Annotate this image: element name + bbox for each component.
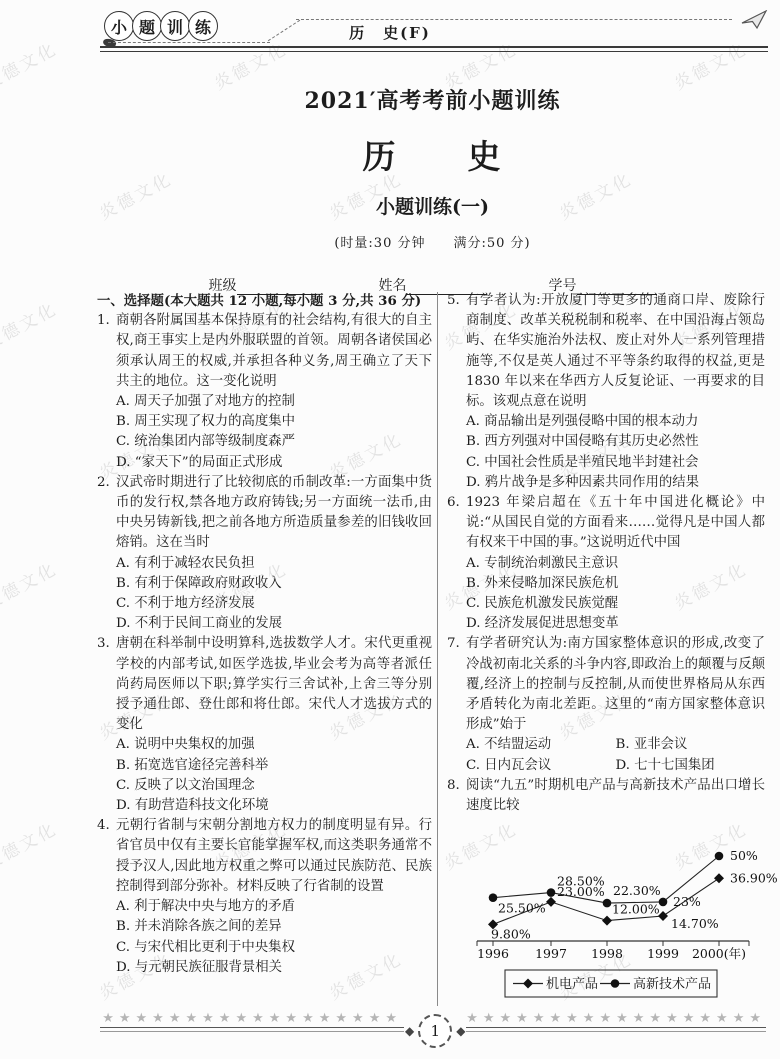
circle-marker [489,894,498,903]
column-divider [437,292,438,1006]
diamond-marker [714,874,724,884]
export-growth-line-chart: 19961997199819992000(年)9.80%23.00%12.00%… [447,820,765,1010]
question-number: 6. [447,493,460,513]
question-number: 1. [97,311,110,331]
option: A. 利于解决中央与地方的矛盾 [97,897,432,917]
data-label: 12.00% [612,902,660,917]
question-text: 有学者研究认为:南方国家整体意识的形成,改变了冷战初南北关系的斗争内容,即政治上… [466,636,765,732]
exam-title: 2021′高考考前小题训练 [100,84,765,115]
subject-title: 历 史 [100,131,765,178]
right-column: 5.有学者认为:开放厦门等更多的通商口岸、废除行商制度、改革关税税制和税率、在中… [447,291,765,1017]
option: A. 商品输出是列强侵略中国的根本动力 [447,412,765,432]
question-text: 1923 年梁启超在《五十年中国进化概论》中说:“从国民自觉的方面看来……觉得凡… [466,495,765,550]
option: C. 反映了以文治国理念 [97,776,432,796]
data-label: 23% [673,894,701,909]
question-text: 商朝各附属国基本保持原有的社会结构,有很大的自主权,商王事实上是内外服联盟的首领… [116,313,432,389]
header-dash-line [296,19,732,20]
option: B. 并未消除各族之间的差异 [97,917,432,937]
diamond-ornament: ◆ [456,1024,465,1038]
data-label: 28.50% [557,874,605,889]
footer-rule-right [466,1027,766,1032]
data-label: 36.90% [730,871,778,886]
question-6: 6.1923 年梁启超在《五十年中国进化概论》中说:“从国民自觉的方面看来……觉… [447,493,765,634]
x-tick-label: 1998 [591,946,623,961]
question-5: 5.有学者认为:开放厦门等更多的通商口岸、废除行商制度、改革关税税制和税率、在中… [447,291,765,493]
question-text: 阅读“九五”时期机电产品与高新技术产品出口增长速度比较 [466,778,765,813]
export-growth-chart: 19961997199819992000(年)9.80%23.00%12.00%… [447,820,765,1017]
option: C. 统治集团内部等级制度森严 [97,432,432,452]
circle-marker [659,898,668,907]
question-7: 7.有学者研究认为:南方国家整体意识的形成,改变了冷战初南北关系的斗争内容,即政… [447,634,765,775]
time-score-line: (时量:30 分钟 满分:50 分) [100,232,765,251]
question-number: 4. [97,816,110,836]
circle-marker [603,899,612,908]
footer-rule-left [100,1027,404,1032]
page-number-circle: 1 [418,1014,452,1048]
question-4: 4.元朝行省制与宋朝分割地方权力的制度明显有异。行省官员中仅有主要长官能掌握军权… [97,816,432,978]
x-tick-label: 1999 [647,946,679,961]
exam-page: 小题训练 历 史(F) 2021′高考考前小题训练 历 史 小题训练(一) (时… [0,0,780,1059]
question-stem: 8.阅读“九五”时期机电产品与高新技术产品出口增长速度比较 [447,776,765,816]
question-number: 3. [97,634,110,654]
question-text: 有学者认为:开放厦门等更多的通商口岸、废除行商制度、改革关税税制和税率、在中国沿… [466,293,765,409]
footer-right: ★★★★★★★★★★★★★★★★★★ ◆ [466,1012,766,1032]
footer-left: ★★★★★★★★★★★★★★★★★★ ◆ [100,1012,404,1032]
option: A. 有利于减轻农民负担 [97,554,432,574]
option: C. 与宋代相比更利于中央集权 [97,938,432,958]
option: D. “家天下”的局面正式形成 [97,453,432,473]
question-stem: 4.元朝行省制与宋朝分割地方权力的制度明显有异。行省官员中仅有主要长官能掌握军权… [97,816,432,897]
option: B. 拓宽选官途径完善科举 [97,756,432,776]
option: B. 亚非会议 [616,735,766,755]
option: D. 与元朝民族征服背景相关 [97,958,432,978]
legend-diamond-marker [523,979,533,989]
question-3: 3.唐朝在科举制中设明算科,选拔数学人才。宋代更重视学校的内部考试,如医学选拔,… [97,634,432,816]
option: B. 有利于保障政府财政收入 [97,574,432,594]
question-number: 2. [97,473,110,493]
diamond-ornament: ◆ [405,1024,414,1038]
question-stem: 1.商朝各附属国基本保持原有的社会结构,有很大的自主权,商王事实上是内外服联盟的… [97,311,432,392]
star-row-left: ★★★★★★★★★★★★★★★★★★ [100,1012,404,1026]
question-stem: 3.唐朝在科举制中设明算科,选拔数学人才。宋代更重视学校的内部考试,如医学选拔,… [97,634,432,735]
data-label: 22.30% [613,883,661,898]
question-stem: 7.有学者研究认为:南方国家整体意识的形成,改变了冷战初南北关系的斗争内容,即政… [447,634,765,735]
options-grid: A. 不结盟运动B. 亚非会议C. 日内瓦会议D. 七十七国集团 [447,735,765,775]
question-2: 2.汉武帝时期进行了比较彻底的币制改革:一方面集中货币的发行权,禁各地方政府铸钱… [97,473,432,635]
option: C. 中国社会性质是半殖民地半封建社会 [447,453,765,473]
question-8: 8.阅读“九五”时期机电产品与高新技术产品出口增长速度比较19961997199… [447,776,765,1018]
option: A. 说明中央集权的加强 [97,735,432,755]
question-text: 唐朝在科举制中设明算科,选拔数学人才。宋代更重视学校的内部考试,如医学选拔,毕业… [116,636,432,732]
option: A. 周天子加强了对地方的控制 [97,392,432,412]
diamond-marker [546,897,556,907]
paper-plane-icon [741,10,768,35]
option: B. 西方列强对中国侵略有其历史必然性 [447,432,765,452]
header-rule [100,46,768,52]
question-number: 5. [447,291,460,311]
data-label: 50% [730,848,758,863]
page-number: 1 [430,1022,440,1040]
circle-marker [547,889,556,898]
option: C. 不利于地方经济发展 [97,594,432,614]
data-label: 9.80% [491,927,531,942]
option: B. 外来侵略加深民族危机 [447,574,765,594]
question-number: 7. [447,634,460,654]
left-column: 一、选择题(本大题共 12 小题,每小题 3 分,共 36 分) 1.商朝各附属… [97,291,432,978]
question-text: 元朝行省制与宋朝分割地方权力的制度明显有异。行省官员中仅有主要长官能掌握军权,而… [116,818,432,894]
question-stem: 5.有学者认为:开放厦门等更多的通商口岸、废除行商制度、改革关税税制和税率、在中… [447,291,765,412]
data-label: 14.70% [671,916,719,931]
question-stem: 2.汉武帝时期进行了比较彻底的币制改革:一方面集中货币的发行权,禁各地方政府铸钱… [97,473,432,554]
question-number: 8. [447,776,460,796]
option: D. 经济发展促进思想变革 [447,614,765,634]
circle-marker [715,852,724,861]
option: C. 日内瓦会议 [466,756,616,776]
question-stem: 6.1923 年梁启超在《五十年中国进化概论》中说:“从国民自觉的方面看来……觉… [447,493,765,554]
diamond-marker [602,916,612,926]
section-heading: 一、选择题(本大题共 12 小题,每小题 3 分,共 36 分) [97,291,432,311]
option: C. 民族危机激发民族觉醒 [447,594,765,614]
x-tick-label: 2000(年) [692,946,746,961]
page-footer: ★★★★★★★★★★★★★★★★★★ ◆ 1 ★★★★★★★★★★★★★★★★★… [100,1012,766,1046]
title-block: 2021′高考考前小题训练 历 史 小题训练(一) (时量:30 分钟 满分:5… [100,84,765,295]
option: D. 不利于民间工商业的发展 [97,614,432,634]
option: A. 专制统治刺激民主意识 [447,554,765,574]
option: B. 周王实现了权力的高度集中 [97,412,432,432]
running-head-subject: 历 史(F) [0,22,780,43]
legend-label: 机电产品 [546,976,598,992]
legend-label: 高新技术产品 [633,976,711,992]
paper-title: 小题训练(一) [100,192,765,219]
x-tick-label: 1997 [535,946,567,961]
star-row-right: ★★★★★★★★★★★★★★★★★★ [466,1012,766,1026]
option: D. 七十七国集团 [616,756,766,776]
question-1: 1.商朝各附属国基本保持原有的社会结构,有很大的自主权,商王事实上是内外服联盟的… [97,311,432,473]
option: D. 有助营造科技文化环境 [97,796,432,816]
x-tick-label: 1996 [477,946,509,961]
data-label: 25.50% [498,901,546,916]
legend-circle-marker [611,979,620,988]
option: D. 鸦片战争是多种因素共同作用的结果 [447,473,765,493]
question-text: 汉武帝时期进行了比较彻底的币制改革:一方面集中货币的发行权,禁各地方政府铸钱;另… [116,475,432,551]
option: A. 不结盟运动 [466,735,616,755]
